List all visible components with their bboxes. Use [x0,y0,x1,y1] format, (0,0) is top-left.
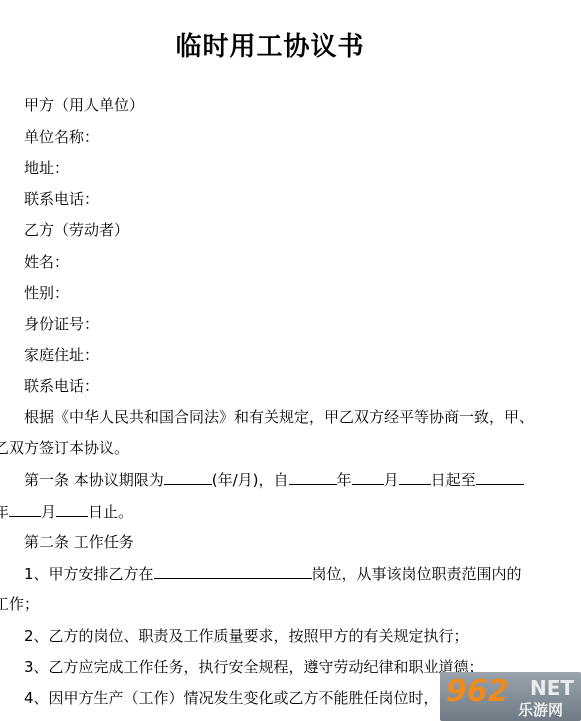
month-label: 月 [384,471,399,489]
article-2-item-3: 3、乙方应完成工作任务，执行安全规程，遵守劳动纪律和职业道德； [24,658,484,676]
position-blank[interactable] [154,564,312,579]
article-1-line-2: 年月日止。 [0,502,133,521]
party-a-phone: 联系电话： [24,190,99,208]
party-b-home-address: 家庭住址： [24,346,99,364]
article-2-item-1: 1、甲方安排乙方在岗位，从事该岗位职责范围内的 [24,564,522,583]
party-b-phone: 联系电话： [24,377,99,395]
end-year-blank[interactable] [476,470,524,485]
preamble-line-1: 根据《中华人民共和国合同法》和有关规定，甲乙双方经平等协商一致，甲、 [24,408,534,426]
party-b-heading: 乙方（劳动者） [24,221,129,239]
article-1-unit: (年/月)，自 [212,471,289,489]
party-a-address: 地址： [24,159,69,177]
end-day-blank[interactable] [56,502,88,517]
watermark-net: NET [530,676,574,700]
start-day-blank[interactable] [399,470,431,485]
article-1-line-1: 第一条 本协议期限为(年/月)，自年月日起至 [24,470,524,489]
item-1-text-cont: 岗位，从事该岗位职责范围内的 [312,565,522,583]
party-a-heading: 甲方（用人单位） [24,96,144,114]
end-month-blank[interactable] [9,502,41,517]
party-b-id-number: 身份证号： [24,315,99,333]
term-blank[interactable] [164,470,212,485]
party-a-unit-name: 单位名称： [24,128,99,146]
start-month-blank[interactable] [352,470,384,485]
end-month-label: 月 [41,503,56,521]
day-start-label: 日起至 [431,471,476,489]
year-label: 年 [337,471,352,489]
party-b-gender: 性别： [24,284,69,302]
document-title: 临时用工协议书 [0,26,546,63]
watermark-number: 962 [446,674,509,709]
article-1-text: 第一条 本协议期限为 [24,471,164,489]
article-2-item-2: 2、乙方的岗位、职责及工作质量要求，按照甲方的有关规定执行； [24,627,469,645]
party-b-name: 姓名： [24,253,69,271]
preamble-line-2: 乙双方签订本协议。 [0,439,129,457]
article-2-item-1-wrap: 工作； [0,595,39,613]
item-1-text: 1、甲方安排乙方在 [24,565,154,583]
end-year-label: 年 [0,503,9,521]
article-2-heading: 第二条 工作任务 [24,533,134,551]
start-year-blank[interactable] [289,470,337,485]
watermark-cn: 乐游网 [518,699,563,720]
end-day-label: 日止。 [88,503,133,521]
watermark-logo: 962 NET 乐游网 [440,672,581,721]
